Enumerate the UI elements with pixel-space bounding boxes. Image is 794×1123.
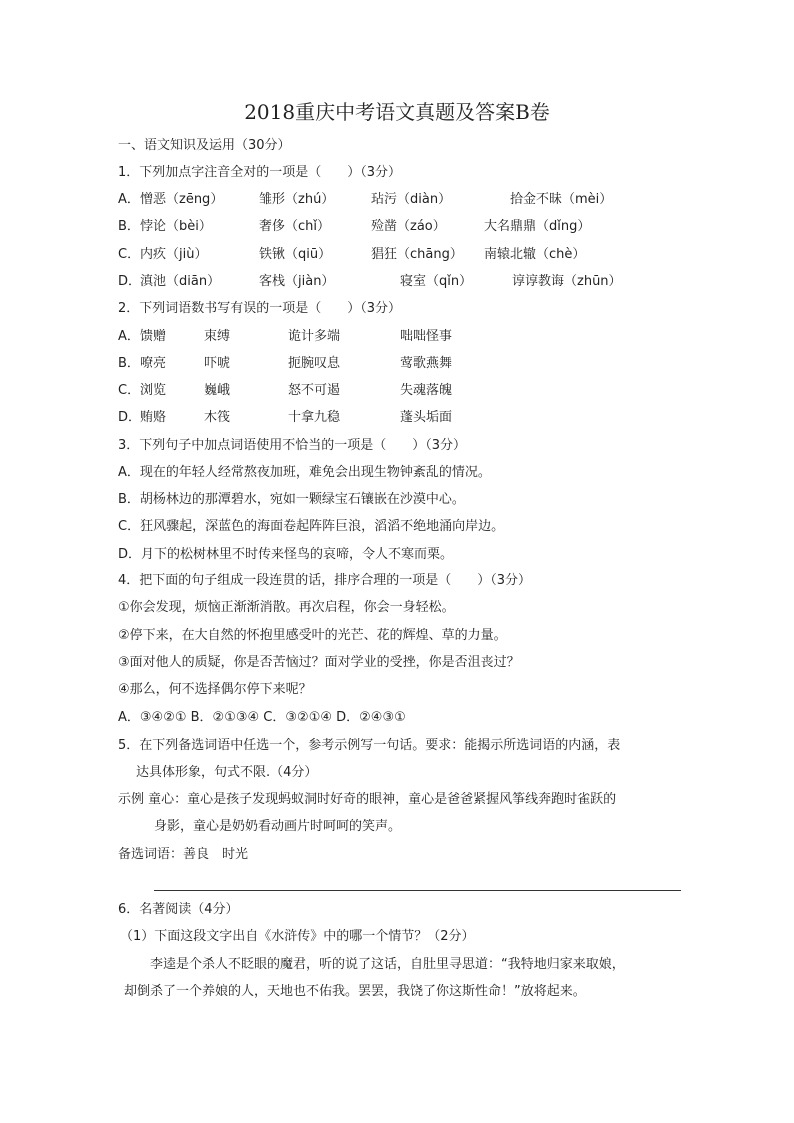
- question-5-example-line-2: 身影，童心是奶奶看动画片时呵呵的笑声。: [154, 818, 401, 836]
- question-3-stem: 3．下列句子中加点词语使用不恰当的一项是（ ）（3分）: [118, 437, 466, 455]
- option-label: B．: [118, 218, 140, 236]
- question-3-option-a: A．现在的年轻人经常熬夜加班，难免会出现生物钟紊乱的情况。: [118, 464, 491, 482]
- option-item: 客栈（jiàn）: [259, 273, 334, 291]
- question-4-sentence-1: ①你会发现，烦恼正渐渐消散。再次启程，你会一身轻松。: [118, 599, 455, 617]
- question-6-passage-line-2: 却倒杀了一个养娘的人，天地也不佑我。罢罢，我饶了你这斯性命！”放将起来。: [124, 983, 586, 1001]
- option-label: A．: [118, 328, 140, 346]
- option-item: 滇池（diān）: [140, 273, 220, 291]
- option-item: 猖狂（chāng）: [371, 246, 463, 264]
- option-item: 奢侈（chǐ）: [259, 218, 330, 236]
- option-item: 拾金不昧（mèi）: [510, 191, 612, 209]
- question-2-stem: 2．下列词语数书写有误的一项是（ ）（3分）: [118, 300, 401, 318]
- question-4-stem: 4．把下面的句子组成一段连贯的话，排序合理的一项是（ ）（3分）: [118, 572, 531, 590]
- option-item: 吓唬: [204, 355, 230, 373]
- question-6-stem: 6．名著阅读（4分）: [118, 901, 239, 919]
- option-item: 莺歌燕舞: [400, 355, 452, 373]
- page-title: 2018重庆中考语文真题及答案B卷: [0, 99, 794, 125]
- option-item: 悖论（bèi）: [140, 218, 212, 236]
- option-item: 巍峨: [204, 382, 230, 400]
- option-label: C．: [118, 382, 140, 400]
- section-heading: 一、语文知识及运用（30分）: [118, 137, 291, 155]
- option-item: 寝室（qǐn）: [400, 273, 472, 291]
- question-5-stem-line-2: 达具体形象，句式不限.（4分）: [136, 764, 317, 782]
- question-5-stem-line-1: 5．在下列备选词语中任选一个，参考示例写一句话。要求：能揭示所选词语的内涵，表: [118, 737, 620, 755]
- question-1-stem: 1．下列加点字注音全对的一项是（ ）（3分）: [118, 164, 401, 182]
- question-4-sentence-2: ②停下来，在大自然的怀抱里感受叶的光芒、花的辉煌、草的力量。: [118, 627, 507, 645]
- option-item: 怒不可遏: [288, 382, 340, 400]
- option-label: D．: [118, 409, 141, 427]
- option-label: C．: [118, 246, 140, 264]
- question-3-option-b: B．胡杨林边的那潭碧水，宛如一颗绿宝石镶嵌在沙漠中心。: [118, 491, 465, 509]
- question-3-option-d: D．月下的松树林里不时传来怪鸟的哀啼，令人不寒而栗。: [118, 546, 453, 564]
- option-item: 失魂落魄: [400, 382, 452, 400]
- option-item: 殓凿（záo）: [371, 218, 446, 236]
- option-label: B．: [118, 355, 140, 373]
- option-label: A．: [118, 191, 140, 209]
- option-item: 束缚: [204, 328, 230, 346]
- option-item: 咄咄怪事: [400, 328, 452, 346]
- option-label: D．: [118, 273, 141, 291]
- question-6-passage-line-1: 李逵是个杀人不眨眼的魔君，听的说了这话，自肚里寻思道：“我特地归家来取娘，: [150, 956, 625, 974]
- option-item: 南辕北辙（chè）: [484, 246, 585, 264]
- option-item: 扼腕叹息: [288, 355, 340, 373]
- option-item: 谆谆教诲（zhūn）: [512, 273, 622, 291]
- question-4-sentence-4: ④那么，何不选择偶尔停下来呢？: [118, 681, 312, 699]
- option-item: 十拿九稳: [288, 409, 340, 427]
- question-4-sentence-3: ③面对他人的质疑，你是否苦恼过？面对学业的受挫，你是否沮丧过？: [118, 654, 520, 672]
- question-5-choices: 备选词语：善良 时光: [118, 846, 248, 864]
- option-item: 馈赠: [140, 328, 166, 346]
- question-5-example-line-1: 示例 童心：童心是孩子发现蚂蚁洞时好奇的眼神，童心是爸爸紧握风筝线奔跑时雀跃的: [118, 791, 616, 809]
- option-item: 贿赂: [140, 409, 166, 427]
- option-item: 浏览: [140, 382, 166, 400]
- answer-line[interactable]: [154, 890, 681, 891]
- option-item: 诡计多端: [288, 328, 340, 346]
- option-item: 憎恶（zēng）: [140, 191, 223, 209]
- option-item: 嘹亮: [140, 355, 166, 373]
- option-item: 玷污（diàn）: [371, 191, 451, 209]
- option-item: 木筏: [204, 409, 230, 427]
- question-3-option-c: C．狂风骤起，深蓝色的海面卷起阵阵巨浪，滔滔不绝地涌向岸边。: [118, 518, 504, 536]
- option-item: 铁锹（qiū）: [259, 246, 331, 264]
- question-6-sub-1: （1）下面这段文字出自《水浒传》中的哪一个情节？（2分）: [120, 928, 475, 946]
- option-item: 蓬头垢面: [400, 409, 452, 427]
- option-item: 雏形（zhú）: [259, 191, 334, 209]
- option-item: 内疚（jiù）: [140, 246, 207, 264]
- option-item: 大名鼎鼎（dǐng）: [484, 218, 590, 236]
- question-4-options: A．③④②① B．②①③④ C．③②①④ D．②④③①: [118, 709, 406, 727]
